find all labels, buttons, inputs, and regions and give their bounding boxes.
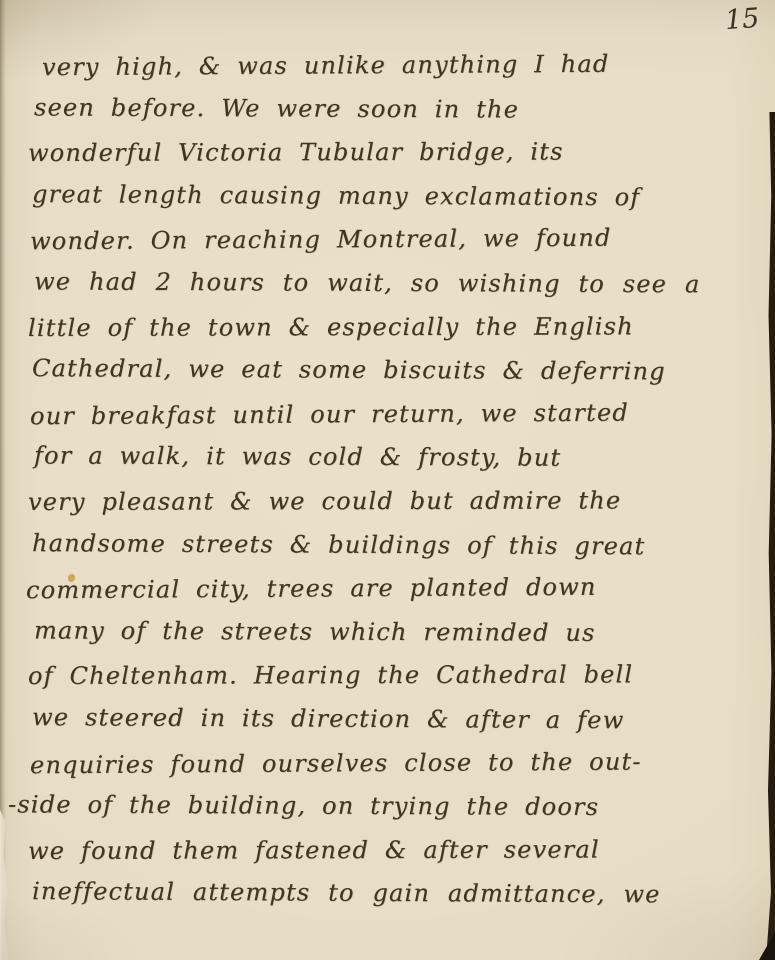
- manuscript-line: we found them fastened & after several: [28, 828, 765, 874]
- manuscript-line: we had 2 hours to wait, so wishing to se…: [34, 260, 765, 307]
- manuscript-line: enquiries found ourselves close to the o…: [30, 739, 765, 787]
- manuscript-line: very pleasant & we could but admire the: [28, 479, 765, 525]
- manuscript-line: we steered in its direction & after a fe…: [32, 696, 765, 743]
- manuscript-text: very high, & was unlike anything I had s…: [30, 44, 765, 916]
- manuscript-line: great length causing many exclamations o…: [32, 173, 765, 220]
- torn-paper-edge: [0, 810, 12, 960]
- manuscript-line: -side of the building, on trying the doo…: [8, 783, 765, 830]
- book-edge-shadow: [766, 112, 775, 960]
- manuscript-line: ineffectual attempts to gain admittance,…: [32, 870, 765, 917]
- manuscript-line: wonder. On reaching Montreal, we found: [30, 216, 765, 264]
- manuscript-line: very high, & was unlike anything I had: [42, 42, 765, 90]
- manuscript-line: little of the town & especially the Engl…: [28, 305, 765, 351]
- manuscript-page: 15 very high, & was unlike anything I ha…: [0, 0, 775, 960]
- manuscript-line: for a walk, it was cold & frosty, but: [34, 435, 765, 482]
- page-number: 15: [724, 3, 760, 36]
- manuscript-line: wonderful Victoria Tubular bridge, its: [28, 130, 765, 176]
- manuscript-line: our breakfast until our return, we start…: [30, 391, 765, 439]
- manuscript-line: Cathedral, we eat some biscuits & deferr…: [32, 347, 765, 394]
- manuscript-line: of Cheltenham. Hearing the Cathedral bel…: [28, 653, 765, 699]
- manuscript-line: commercial city, trees are planted down: [26, 565, 765, 613]
- manuscript-line: handsome streets & buildings of this gre…: [32, 522, 765, 569]
- manuscript-line: many of the streets which reminded us: [34, 609, 765, 656]
- manuscript-line: seen before. We were soon in the: [34, 86, 765, 133]
